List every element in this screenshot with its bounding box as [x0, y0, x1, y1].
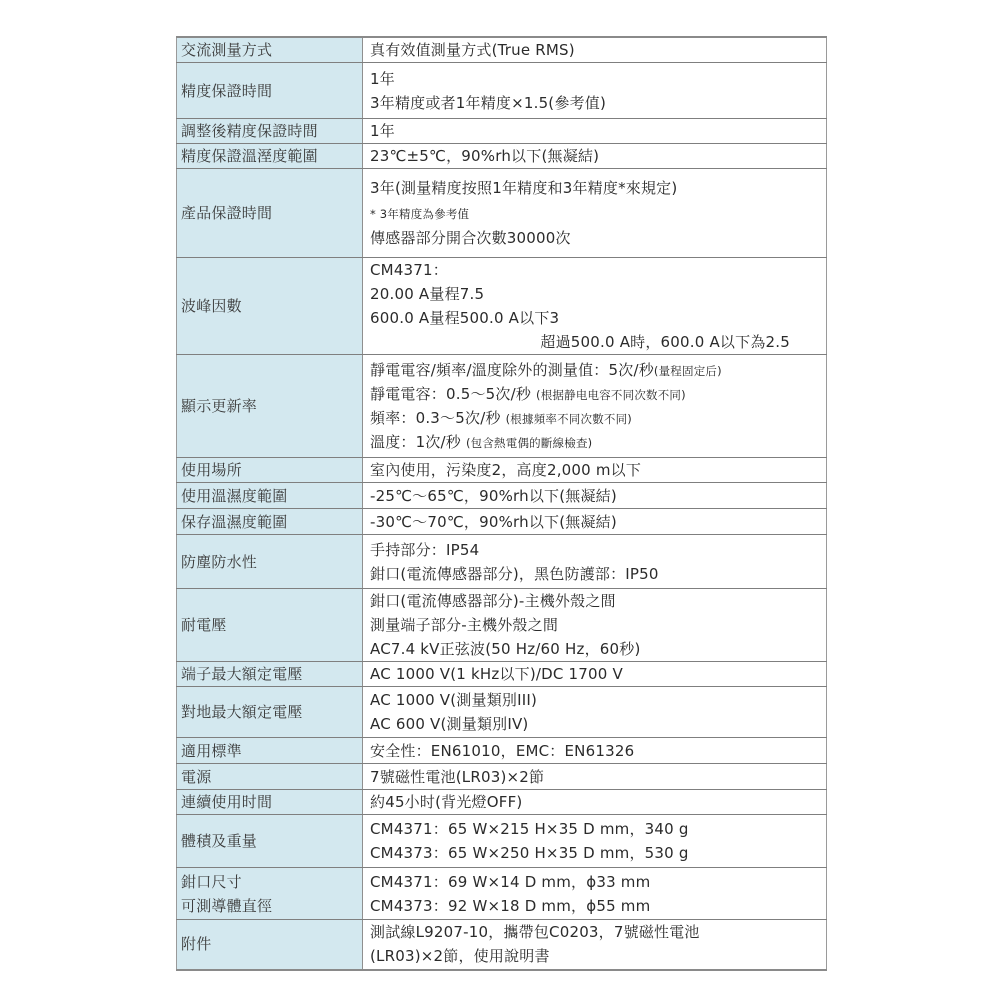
- row-label: 精度保證時間: [177, 63, 363, 119]
- value-note: (根据静电电容不同次数不同): [536, 388, 686, 402]
- value-note: (根據頻率不同次數不同): [506, 412, 632, 426]
- value-line: 室內使用，污染度2，高度2,000 m以下: [370, 458, 826, 482]
- row-value: 靜電電容/頻率/溫度除外的測量值：5次/秒(量程固定后) 靜電電容：0.5～5次…: [363, 355, 827, 458]
- row-label: 產品保證時間: [177, 169, 363, 258]
- row-label: 使用溫濕度範圍: [177, 483, 363, 509]
- table-row: 顯示更新率 靜電電容/頻率/溫度除外的測量值：5次/秒(量程固定后) 靜電電容：…: [177, 355, 827, 458]
- table-row: 波峰因數 CM4371： 20.00 A量程7.5 600.0 A量程500.0…: [177, 258, 827, 355]
- table-row: 使用溫濕度範圍 -25℃～65℃，90%rh以下(無凝結): [177, 483, 827, 509]
- row-label: 波峰因數: [177, 258, 363, 355]
- value-line: AC 1000 V(1 kHz以下)/DC 1700 V: [370, 662, 826, 686]
- spec-table: 交流測量方式 真有效值測量方式(True RMS) 精度保證時間 1年 3年精度…: [176, 36, 827, 971]
- row-label: 耐電壓: [177, 589, 363, 662]
- table-row: 對地最大額定電壓 AC 1000 V(測量類別III) AC 600 V(測量類…: [177, 687, 827, 738]
- table-row: 連續使用时間 約45小时(背光燈OFF): [177, 790, 827, 815]
- table-row: 產品保證時間 3年(測量精度按照1年精度和3年精度*來規定) * 3年精度為參考…: [177, 169, 827, 258]
- value-line: -25℃～65℃，90%rh以下(無凝結): [370, 484, 826, 508]
- value-main: 頻率：0.3～5次/秒: [370, 409, 506, 427]
- value-line: CM4371：65 W×215 H×35 D mm，340 g: [370, 817, 826, 841]
- row-value: 安全性：EN61010，EMC：EN61326: [363, 738, 827, 764]
- value-line: 1年: [370, 119, 826, 143]
- footnote-line: * 3年精度為參考值: [370, 200, 826, 226]
- row-value: 室內使用，污染度2，高度2,000 m以下: [363, 458, 827, 483]
- value-line: CM4373：92 W×18 D mm，ϕ55 mm: [370, 894, 826, 918]
- table-row: 防塵防水性 手持部分：IP54 鉗口(電流傳感器部分)，黑色防護部：IP50: [177, 535, 827, 589]
- value-line: AC 1000 V(測量類別III): [370, 688, 826, 712]
- value-note: (量程固定后): [654, 364, 722, 378]
- value-line: CM4371：69 W×14 D mm，ϕ33 mm: [370, 870, 826, 894]
- table-row: 體積及重量 CM4371：65 W×215 H×35 D mm，340 g CM…: [177, 815, 827, 868]
- table-row: 交流測量方式 真有效值測量方式(True RMS): [177, 37, 827, 63]
- row-value: 1年: [363, 119, 827, 144]
- value-line: 3年(測量精度按照1年精度和3年精度*來規定): [370, 176, 826, 200]
- table-row: 調整後精度保證時間 1年: [177, 119, 827, 144]
- row-label: 交流測量方式: [177, 37, 363, 63]
- value-line: 鉗口(電流傳感器部分)-主機外殼之間: [370, 589, 826, 613]
- table-row: 使用場所 室內使用，污染度2，高度2,000 m以下: [177, 458, 827, 483]
- row-label: 對地最大額定電壓: [177, 687, 363, 738]
- value-line: 真有效值測量方式(True RMS): [370, 38, 826, 62]
- value-main: 靜電電容：0.5～5次/秒: [370, 385, 536, 403]
- row-value: -25℃～65℃，90%rh以下(無凝結): [363, 483, 827, 509]
- value-line: 超過500.0 A時，600.0 A以下為2.5: [370, 330, 826, 354]
- row-label: 端子最大額定電壓: [177, 662, 363, 687]
- value-line: 約45小时(背光燈OFF): [370, 790, 826, 814]
- table-row: 耐電壓 鉗口(電流傳感器部分)-主機外殼之間 測量端子部分-主機外殼之間 AC7…: [177, 589, 827, 662]
- value-line: 靜電電容/頻率/溫度除外的測量值：5次/秒(量程固定后): [370, 358, 826, 382]
- table-row: 保存溫濕度範圍 -30℃～70℃，90%rh以下(無凝結): [177, 509, 827, 535]
- value-line: 600.0 A量程500.0 A以下3: [370, 306, 826, 330]
- row-label: 電源: [177, 764, 363, 790]
- row-value: 真有效值測量方式(True RMS): [363, 37, 827, 63]
- table-row: 鉗口尺寸 可測導體直徑 CM4371：69 W×14 D mm，ϕ33 mm C…: [177, 868, 827, 920]
- row-value: CM4371：69 W×14 D mm，ϕ33 mm CM4373：92 W×1…: [363, 868, 827, 920]
- row-value: 7號磁性電池(LR03)×2節: [363, 764, 827, 790]
- value-line: (LR03)×2節，使用說明書: [370, 944, 826, 968]
- value-line: 手持部分：IP54: [370, 538, 826, 562]
- value-line: 頻率：0.3～5次/秒 (根據頻率不同次數不同): [370, 406, 826, 430]
- value-line: CM4373：65 W×250 H×35 D mm，530 g: [370, 841, 826, 865]
- row-label: 防塵防水性: [177, 535, 363, 589]
- table-row: 適用標準 安全性：EN61010，EMC：EN61326: [177, 738, 827, 764]
- row-value: AC 1000 V(測量類別III) AC 600 V(測量類別IV): [363, 687, 827, 738]
- row-value: 3年(測量精度按照1年精度和3年精度*來規定) * 3年精度為參考值 傳感器部分…: [363, 169, 827, 258]
- value-line: 傳感器部分開合次數30000次: [370, 226, 826, 250]
- row-label: 體積及重量: [177, 815, 363, 868]
- value-main: 靜電電容/頻率/溫度除外的測量值：5次/秒: [370, 361, 654, 379]
- value-line: 鉗口(電流傳感器部分)，黑色防護部：IP50: [370, 562, 826, 586]
- row-value: CM4371： 20.00 A量程7.5 600.0 A量程500.0 A以下3…: [363, 258, 827, 355]
- row-value: 1年 3年精度或者1年精度×1.5(參考值): [363, 63, 827, 119]
- value-line: AC 600 V(測量類別IV): [370, 712, 826, 736]
- row-label: 精度保證溫溼度範圍: [177, 144, 363, 169]
- row-label: 保存溫濕度範圍: [177, 509, 363, 535]
- row-value: 手持部分：IP54 鉗口(電流傳感器部分)，黑色防護部：IP50: [363, 535, 827, 589]
- table-row: 端子最大額定電壓 AC 1000 V(1 kHz以下)/DC 1700 V: [177, 662, 827, 687]
- label-line: 鉗口尺寸: [181, 870, 362, 894]
- table-row: 附件 測試線L9207-10，攜帶包C0203，7號磁性電池 (LR03)×2節…: [177, 920, 827, 970]
- row-value: 約45小时(背光燈OFF): [363, 790, 827, 815]
- value-line: 23℃±5℃，90%rh以下(無凝結): [370, 144, 826, 168]
- value-line: 測量端子部分-主機外殼之間: [370, 613, 826, 637]
- value-line: CM4371：: [370, 258, 826, 282]
- row-label: 適用標準: [177, 738, 363, 764]
- value-line: 測試線L9207-10，攜帶包C0203，7號磁性電池: [370, 920, 826, 944]
- value-line: -30℃～70℃，90%rh以下(無凝結): [370, 510, 826, 534]
- row-label: 鉗口尺寸 可測導體直徑: [177, 868, 363, 920]
- value-line: 溫度：1次/秒 (包含熱電偶的斷線檢查): [370, 430, 826, 454]
- row-label: 顯示更新率: [177, 355, 363, 458]
- table-row: 精度保證時間 1年 3年精度或者1年精度×1.5(參考值): [177, 63, 827, 119]
- row-label: 附件: [177, 920, 363, 970]
- value-line: 3年精度或者1年精度×1.5(參考值): [370, 91, 826, 115]
- row-value: 鉗口(電流傳感器部分)-主機外殼之間 測量端子部分-主機外殼之間 AC7.4 k…: [363, 589, 827, 662]
- row-label: 使用場所: [177, 458, 363, 483]
- row-value: CM4371：65 W×215 H×35 D mm，340 g CM4373：6…: [363, 815, 827, 868]
- table-row: 電源 7號磁性電池(LR03)×2節: [177, 764, 827, 790]
- row-value: -30℃～70℃，90%rh以下(無凝結): [363, 509, 827, 535]
- value-line: 1年: [370, 67, 826, 91]
- row-label: 連續使用时間: [177, 790, 363, 815]
- value-line: 靜電電容：0.5～5次/秒 (根据静电电容不同次数不同): [370, 382, 826, 406]
- row-value: 23℃±5℃，90%rh以下(無凝結): [363, 144, 827, 169]
- value-line: 7號磁性電池(LR03)×2節: [370, 765, 826, 789]
- value-line: 20.00 A量程7.5: [370, 282, 826, 306]
- value-line: 安全性：EN61010，EMC：EN61326: [370, 739, 826, 763]
- value-note: (包含熱電偶的斷線檢查): [466, 436, 592, 450]
- table-row: 精度保證溫溼度範圍 23℃±5℃，90%rh以下(無凝結): [177, 144, 827, 169]
- label-line: 可測導體直徑: [181, 894, 362, 918]
- value-main: 溫度：1次/秒: [370, 433, 466, 451]
- row-value: AC 1000 V(1 kHz以下)/DC 1700 V: [363, 662, 827, 687]
- row-value: 測試線L9207-10，攜帶包C0203，7號磁性電池 (LR03)×2節，使用…: [363, 920, 827, 970]
- value-line: AC7.4 kV正弦波(50 Hz/60 Hz，60秒): [370, 637, 826, 661]
- row-label: 調整後精度保證時間: [177, 119, 363, 144]
